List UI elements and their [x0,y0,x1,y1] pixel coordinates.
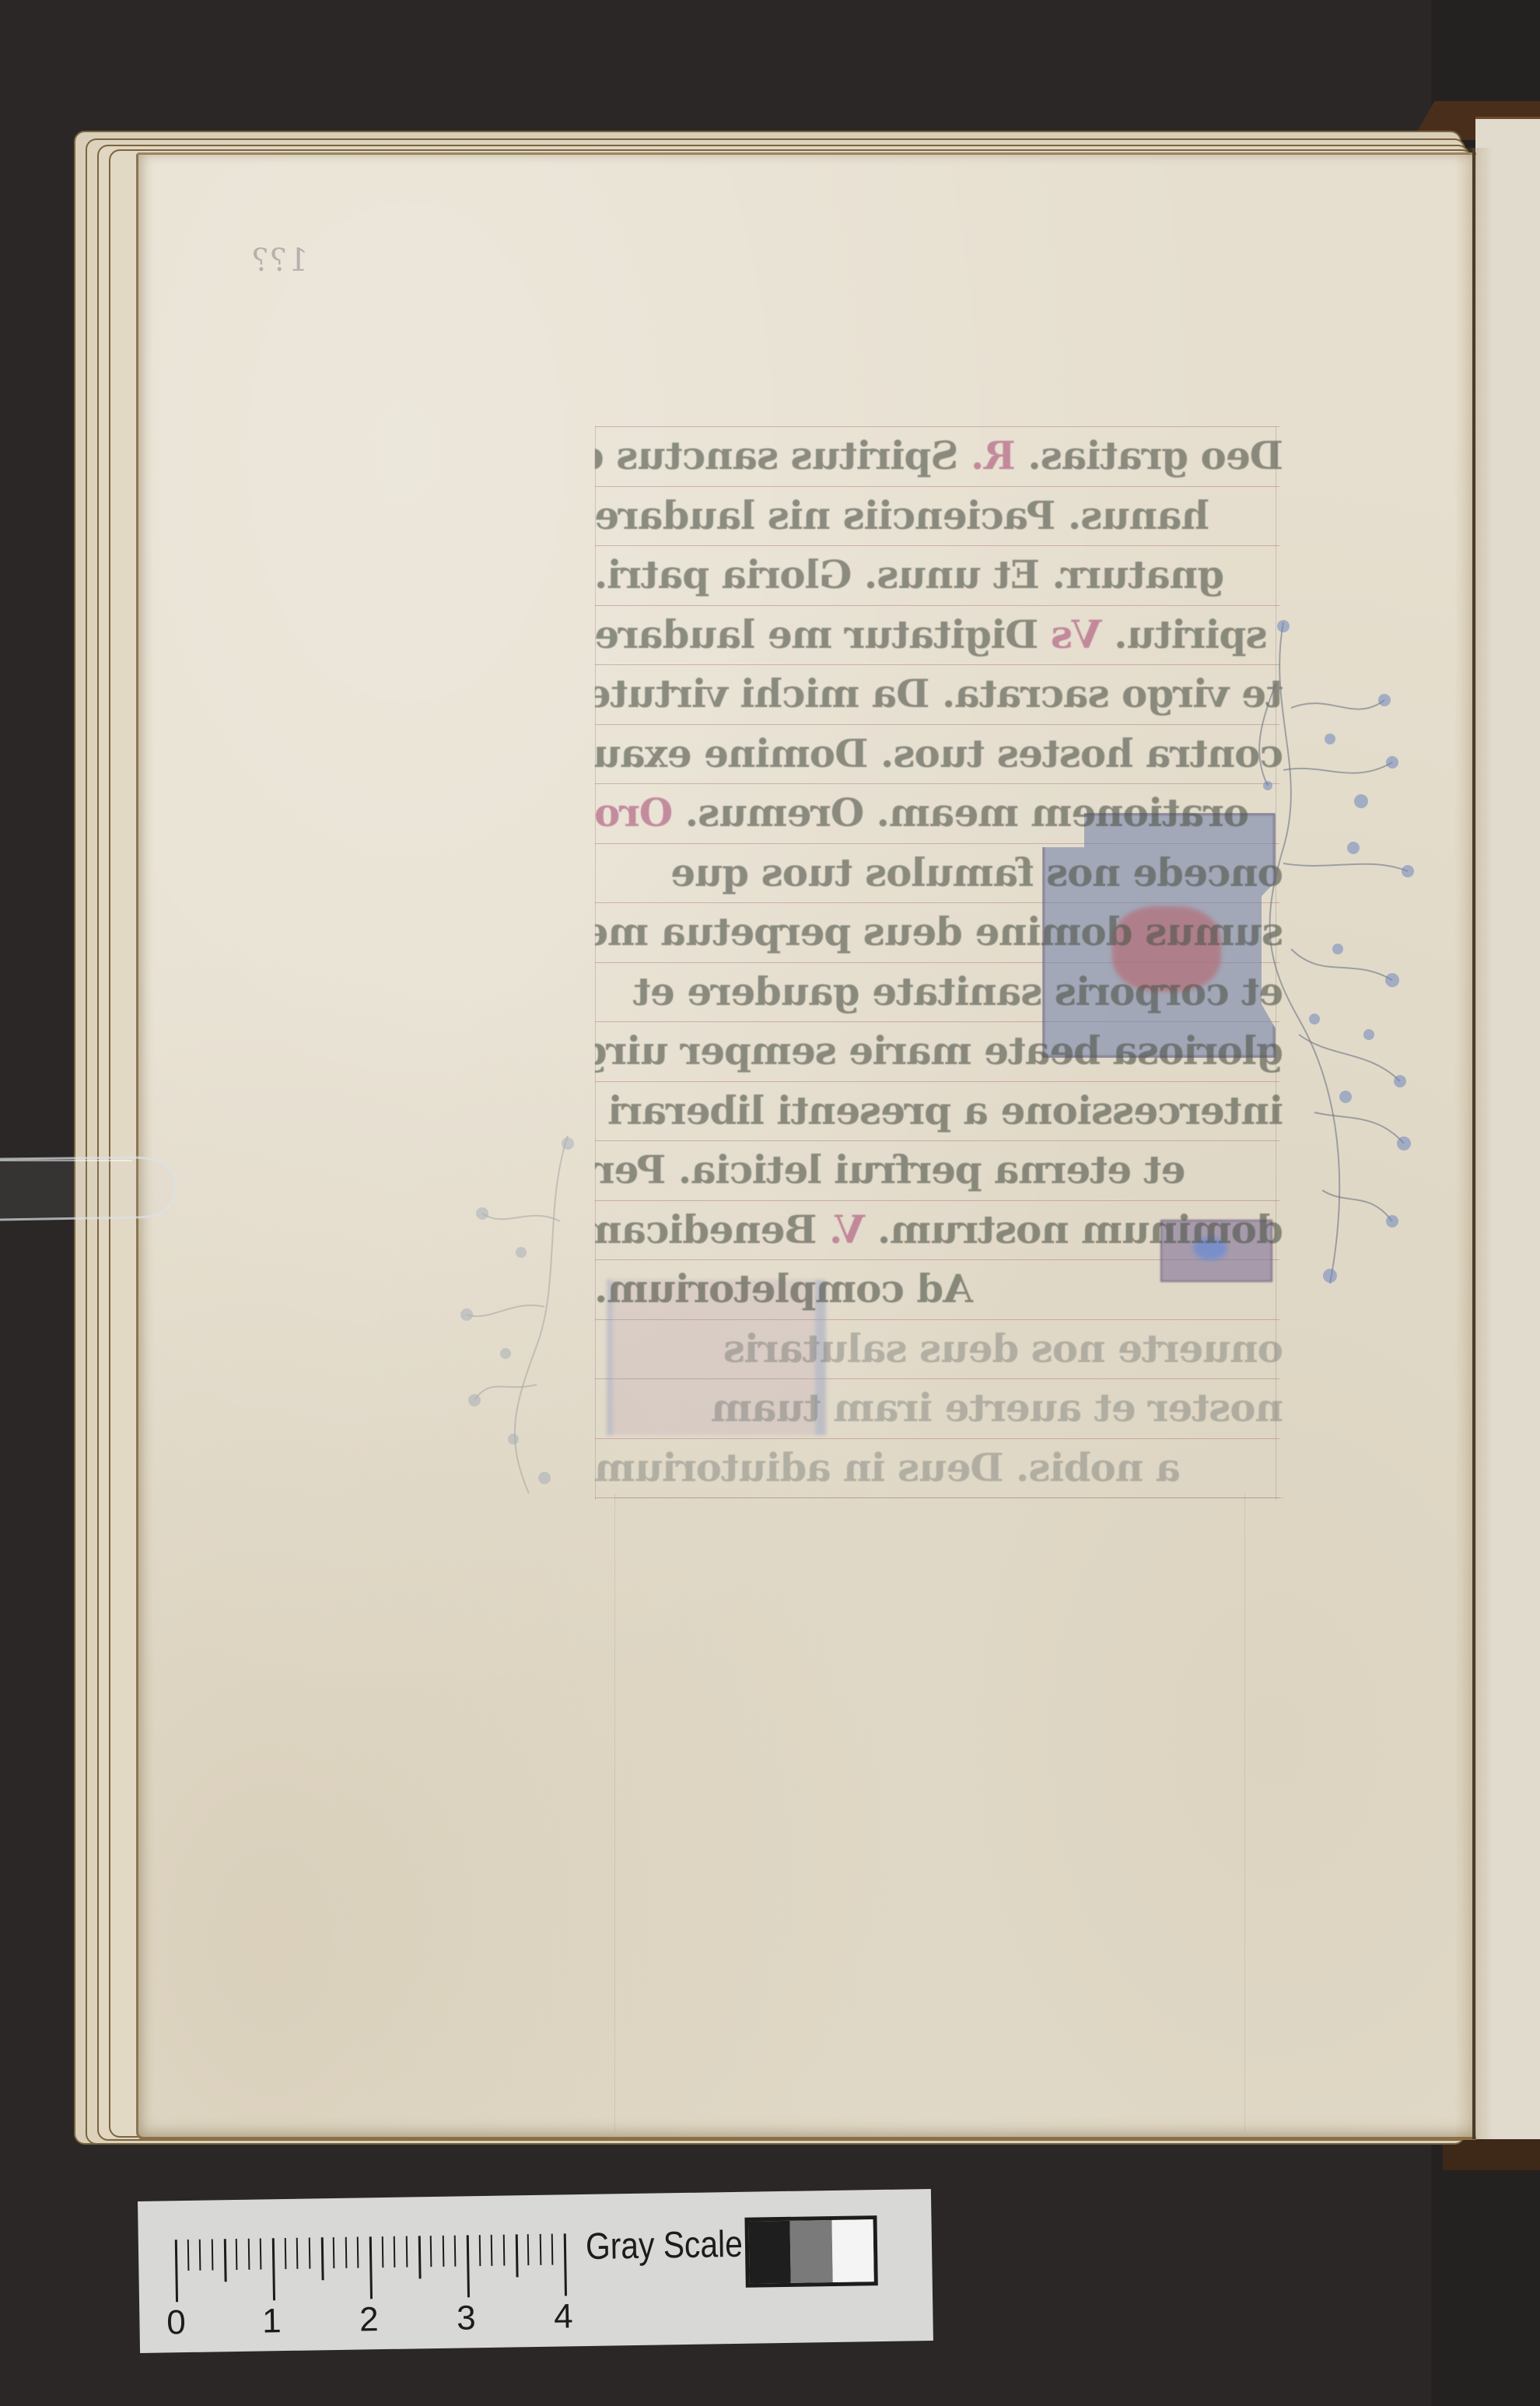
ruler-tick [345,2237,348,2268]
text-line-faint: onuerte nos deus salutaris [595,1319,1283,1379]
ruler-label-0: 0 [166,2303,186,2342]
ruler-tick [309,2238,311,2269]
ruler-tick [467,2235,470,2297]
ruler-tick [491,2235,493,2266]
text-line: et eterna perfrui leticia. Per [595,1140,1283,1200]
ruler-tick [478,2235,481,2266]
ruler-tick [236,2239,238,2270]
text-line: Ad completorium. [595,1259,1283,1319]
ruler-tick [369,2236,373,2299]
ruler-tick [357,2237,359,2268]
ruler-tick [296,2238,299,2269]
gray-scale-title: Gray Scale [586,2223,744,2268]
ruler-tick [503,2235,506,2266]
text-line: orationem meam. Oremus. Oro [595,783,1283,843]
text-line: gnaturr. Et unus. Gloria patri. [595,545,1283,605]
ruler-tick [381,2236,383,2268]
ruler-tick [199,2240,201,2271]
floral-border-left-faint [459,1128,599,1501]
text-line: contra hostes tuos. Domine exaudi [595,724,1283,784]
swatch-white [831,2219,874,2282]
text-line: spiritu. Vs Digitatur me laudare [595,605,1283,665]
ruling-right-lower [1244,1494,1245,2131]
ruler-tick [430,2236,432,2267]
scale-card: 0 1 2 3 4 Gray Scale [138,2189,933,2353]
text-line: te virgo sacrata. Da michi virtute [595,664,1283,724]
text-line: oncede nos famulos tuos que [595,843,1283,903]
text-line: et corporis sanitate gaudere et [595,962,1283,1022]
ruler-tick [527,2234,530,2265]
text-line: hanus. Pacienciis nis laudare [595,486,1283,546]
ruler-tick [418,2236,421,2278]
text-line: gloriosa beate marie semper uirginis [595,1021,1283,1081]
folio-number: 1?? [250,243,308,278]
ruler-tick [515,2234,518,2277]
ruler-label-4: 4 [554,2297,573,2336]
rubric-mark: Oro [595,790,673,835]
ruler-tick [248,2239,250,2270]
gray-scale-swatches [744,2215,877,2288]
ruler-tick [223,2239,226,2282]
text-line: Deo gratias. R. Spiritus sanctus et [595,426,1283,486]
ruler-tick [175,2240,178,2302]
ruler-tick [284,2238,286,2269]
ruler-label-3: 3 [457,2299,476,2338]
rubric-mark: V. [830,1207,865,1252]
text-line-faint: a nobis. Deus in adiutorium [595,1438,1283,1498]
ruler-tick [187,2240,189,2271]
rubric-mark: R. [971,433,1016,478]
ruler-tick [454,2236,457,2267]
ruler-tick [260,2239,262,2270]
ruling-bottom-frame [614,1497,1283,1498]
ruler-tick [539,2234,541,2265]
ruler-tick [333,2237,335,2268]
text-line: sumus domine deus perpetua mentis [595,902,1283,962]
swatch-mid-gray [790,2220,833,2283]
ruler-tick [272,2238,275,2300]
ruler-tick [564,2233,567,2296]
ruler-label-1: 1 [262,2302,282,2341]
ruler-tick [320,2237,324,2280]
text-line-faint: noster et auerte iram tuam [595,1378,1283,1438]
ruler-tick [406,2236,408,2268]
rubric-mark: Vs [1052,611,1102,657]
text-line: dominum nostrum. V. Benedicamus domino [595,1200,1283,1260]
swatch-black [749,2221,792,2284]
ruler-tick [442,2236,444,2267]
ruler-tick [394,2236,396,2268]
ruler-label-2: 2 [359,2300,379,2339]
text-block-showthrough: Deo gratias. R. Spiritus sanctus et hanu… [595,426,1283,1497]
ruler-tick [212,2239,214,2270]
ruling-left-lower [614,1494,615,2131]
gutter-fold [1472,148,1475,2139]
ruler-tick [551,2234,554,2265]
text-line: intercessione a presenti liberari tristi… [595,1081,1283,1141]
plastic-page-clip [0,1120,179,1245]
floral-border-right [1237,615,1423,1315]
